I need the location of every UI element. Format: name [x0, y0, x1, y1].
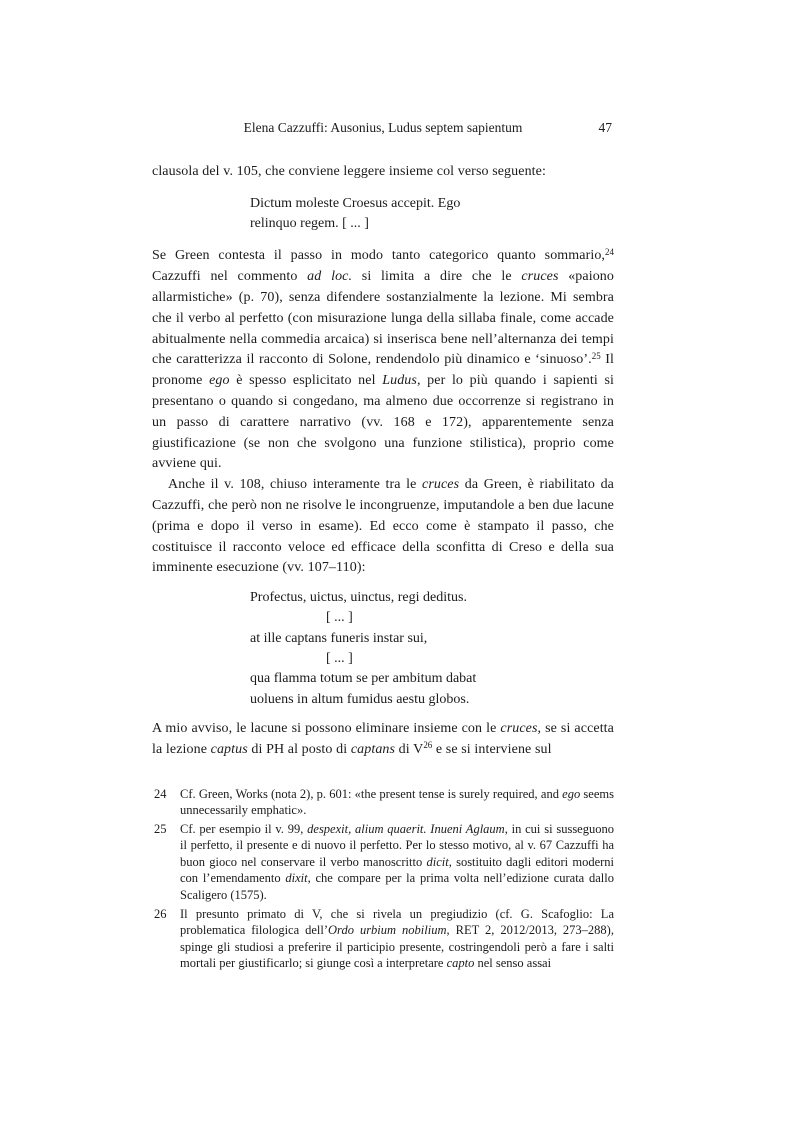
- verse-line: Dictum moleste Croesus accepit. Ego: [250, 194, 614, 214]
- footnote-text: Il presunto primato di V, che si rivela …: [180, 907, 614, 971]
- paragraph-conclusion: A mio avviso, le lacune si possono elimi…: [152, 719, 614, 761]
- paragraph-green-commentary: Se Green contesta il passo in modo tanto…: [152, 246, 614, 475]
- running-header: Elena Cazzuffi: Ausonius, Ludus septem s…: [152, 119, 614, 137]
- footnote-number: 25: [154, 821, 167, 838]
- page-number: 47: [599, 119, 613, 137]
- verse-line: at ille captans funeris instar sui,: [250, 629, 614, 649]
- document-page: Elena Cazzuffi: Ausonius, Ludus septem s…: [0, 0, 800, 1131]
- verse-lacuna-line: [ ... ]: [250, 649, 614, 669]
- footnote-25: 25 Cf. per esempio il v. 99, despexit, a…: [152, 821, 614, 904]
- verse-quote-107-110: Profectus, uictus, uinctus, regi deditus…: [250, 588, 614, 710]
- footnote-26: 26 Il presunto primato di V, che si rive…: [152, 906, 614, 972]
- footnote-number: 24: [154, 786, 167, 803]
- verse-line: relinquo regem. [ ... ]: [250, 214, 614, 234]
- verse-line: uoluens in altum fumidus aestu globos.: [250, 690, 614, 710]
- verse-line: Profectus, uictus, uinctus, regi deditus…: [250, 588, 614, 608]
- verse-lacuna-line: [ ... ]: [250, 608, 614, 628]
- footnote-number: 26: [154, 906, 167, 923]
- verse-line: qua flamma totum se per ambitum dabat: [250, 669, 614, 689]
- footnote-text: Cf. Green, Works (nota 2), p. 601: «the …: [180, 787, 614, 818]
- verse-quote-105: Dictum moleste Croesus accepit. Ego reli…: [250, 194, 614, 235]
- footnote-24: 24 Cf. Green, Works (nota 2), p. 601: «t…: [152, 786, 614, 819]
- paragraph-verse-108: Anche il v. 108, chiuso interamente tra …: [152, 475, 614, 579]
- footnote-text: Cf. per esempio il v. 99, despexit, aliu…: [180, 822, 614, 902]
- text-column: Elena Cazzuffi: Ausonius, Ludus septem s…: [152, 0, 614, 974]
- running-title: Elena Cazzuffi: Ausonius, Ludus septem s…: [244, 120, 523, 135]
- paragraph-intro: clausola del v. 105, che conviene legger…: [152, 162, 614, 183]
- footnotes-section: 24 Cf. Green, Works (nota 2), p. 601: «t…: [152, 786, 614, 973]
